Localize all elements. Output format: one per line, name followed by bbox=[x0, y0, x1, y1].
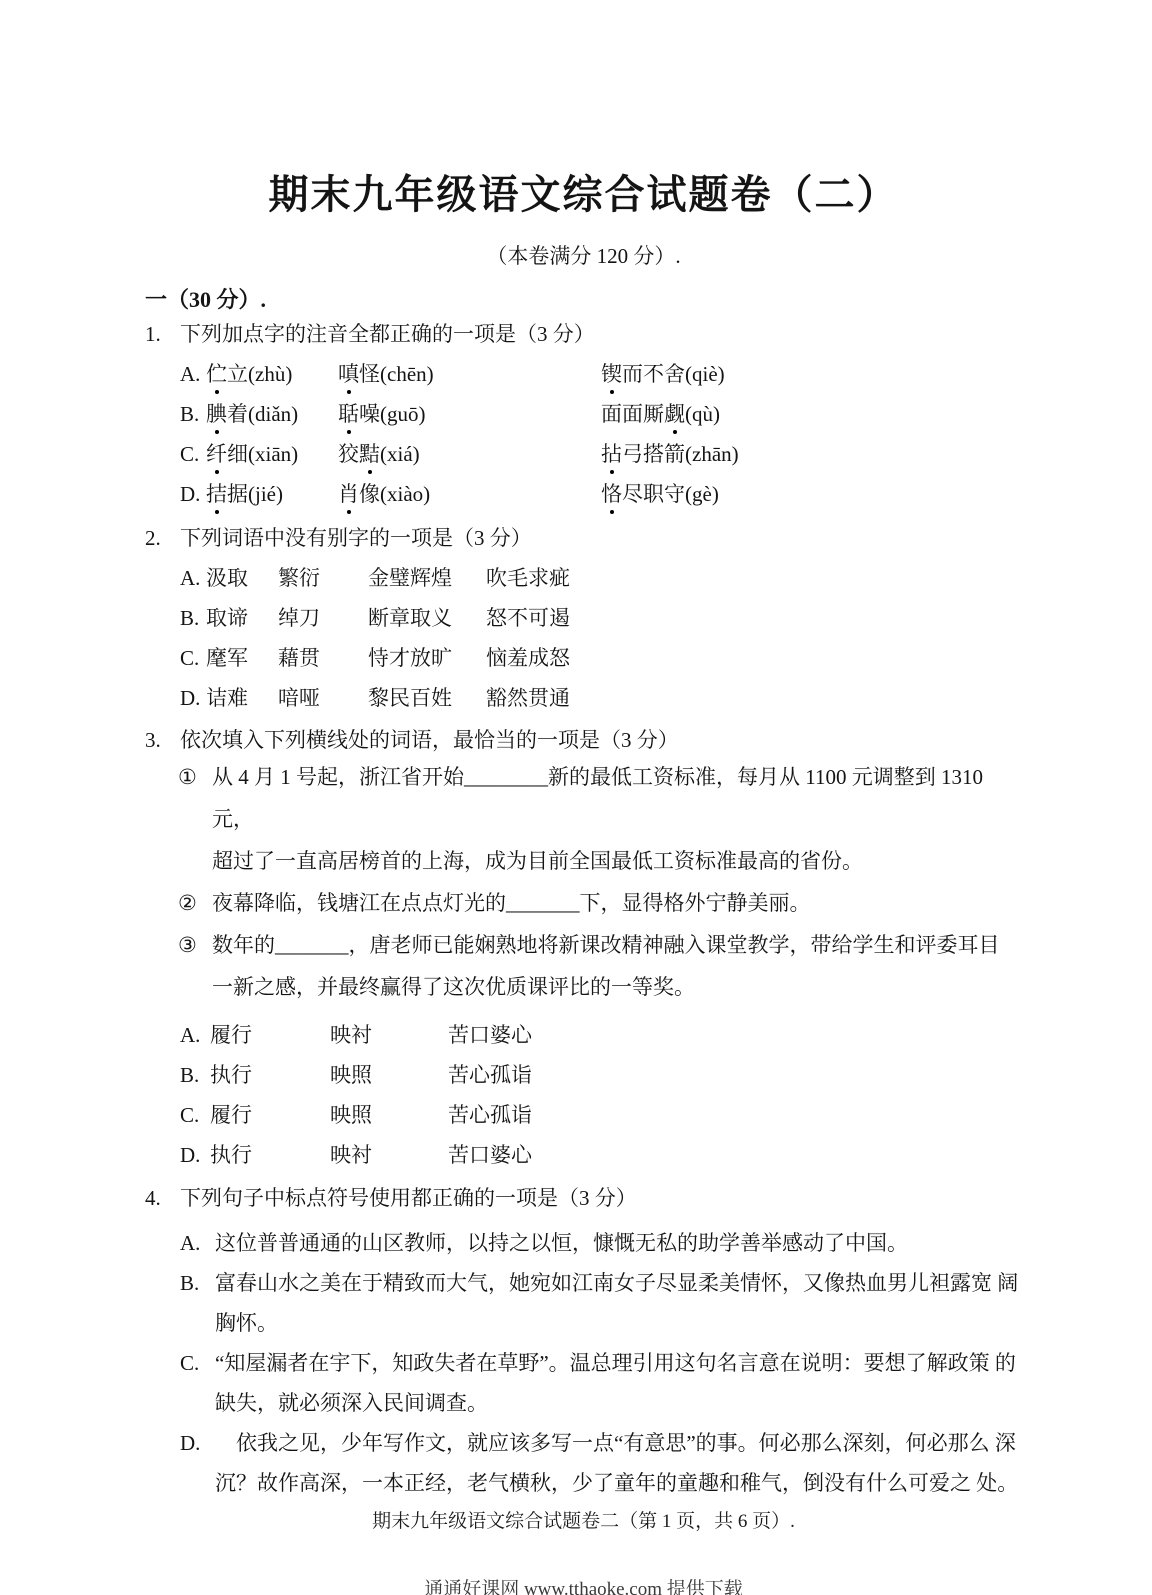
question-4-text: 下列句子中标点符号使用都正确的一项是（3 分） bbox=[180, 1184, 637, 1212]
question-1-prompt: 1. 下列加点字的注音全都正确的一项是（3 分） bbox=[145, 320, 1022, 348]
dotted-char: 肖 bbox=[338, 480, 359, 508]
word: 苦心孤诣 bbox=[448, 1101, 532, 1129]
question-1-number: 1. bbox=[145, 320, 180, 348]
sentence-line: 超过了一直高居榜首的上海，成为目前全国最低工资标准最高的省份。 bbox=[212, 840, 1022, 882]
option-label: D. bbox=[180, 1141, 210, 1169]
dotted-char: 拈 bbox=[601, 440, 622, 468]
q1-option-d: D. 拮据(jié) 肖像(xiào) 恪尽职守(gè) bbox=[180, 480, 1022, 508]
q2-option-c: C. 麾军 藉贯 恃才放旷 恼羞成怒 bbox=[180, 644, 1022, 672]
word: 藉贯 bbox=[278, 644, 368, 672]
question-4-prompt: 4. 下列句子中标点符号使用都正确的一项是（3 分） bbox=[145, 1184, 1022, 1212]
term-post: (xiá) bbox=[380, 442, 420, 466]
term: 聒噪(guō) bbox=[338, 400, 601, 428]
term-post: (qù) bbox=[685, 402, 720, 426]
option-lines: “知屋漏者在宇下，知政失者在草野”。温总理引用这句名言意在说明：要想了解政策 的… bbox=[215, 1343, 1022, 1423]
word: 执行 bbox=[210, 1141, 330, 1169]
q2-option-b: B. 取谛 绰刀 断章取义 怒不可遏 bbox=[180, 604, 1022, 632]
q1-option-c: C. 纤细(xiān) 狡黠(xiá) 拈弓搭箭(zhān) bbox=[180, 440, 1022, 468]
dotted-char: 嗔 bbox=[338, 360, 359, 388]
word: 豁然贯通 bbox=[486, 684, 570, 712]
q3-option-a: A. 履行 映衬 苦口婆心 bbox=[180, 1021, 1022, 1049]
term-post: 像(xiào) bbox=[359, 482, 430, 506]
sentence-line: 一新之感，并最终赢得了这次优质课评比的一等奖。 bbox=[212, 966, 1022, 1008]
option-label: C. bbox=[180, 644, 206, 672]
option-label: A. bbox=[180, 1021, 210, 1049]
word: 恃才放旷 bbox=[368, 644, 486, 672]
q4-option-c: C. “知屋漏者在宇下，知政失者在草野”。温总理引用这句名言意在说明：要想了解政… bbox=[180, 1343, 1022, 1423]
q3-option-c: C. 履行 映照 苦心孤诣 bbox=[180, 1101, 1022, 1129]
term-post: 细(xiān) bbox=[227, 442, 298, 466]
sentence-line: 从 4 月 1 号起，浙江省开始________新的最低工资标准，每月从 110… bbox=[212, 756, 1022, 840]
question-3-number: 3. bbox=[145, 726, 180, 754]
question-3-prompt: 3. 依次填入下列横线处的词语，最恰当的一项是（3 分） bbox=[145, 726, 1022, 754]
dotted-char: 拮 bbox=[206, 480, 227, 508]
page-content: 期末九年级语文综合试题卷（二） （本卷满分 120 分）. 一（30 分）. 1… bbox=[0, 0, 1152, 1595]
dotted-char: 伫 bbox=[206, 360, 227, 388]
circled-number: ① bbox=[178, 756, 212, 882]
q4-option-b: B. 富春山水之美在于精致而大气，她宛如江南女子尽显柔美情怀，又像热血男儿袒露宽… bbox=[180, 1263, 1022, 1343]
sentence-lines: 从 4 月 1 号起，浙江省开始________新的最低工资标准，每月从 110… bbox=[212, 756, 1022, 882]
option-line: 依我之见，少年写作文，就应该多写一点“有意思”的事。何必那么深刻，何必那么 bbox=[215, 1431, 990, 1455]
term: 狡黠(xiá) bbox=[338, 440, 601, 468]
page-footer: 期末九年级语文综合试题卷二（第 1 页，共 6 页）. bbox=[145, 1509, 1022, 1535]
q3-sentence-3: ③ 数年的_______，唐老师已能娴熟地将新课改精神融入课堂教学，带给学生和评… bbox=[178, 924, 1022, 1008]
term-pre: 狡 bbox=[338, 442, 359, 466]
q3-option-d: D. 执行 映衬 苦口婆心 bbox=[180, 1141, 1022, 1169]
word: 黎民百姓 bbox=[368, 684, 486, 712]
option-label: D. bbox=[180, 480, 206, 508]
dotted-char: 黠 bbox=[359, 440, 380, 468]
option-label: B. bbox=[180, 400, 206, 428]
q3-option-b: B. 执行 映照 苦心孤诣 bbox=[180, 1061, 1022, 1089]
q4-option-d: D. 依我之见，少年写作文，就应该多写一点“有意思”的事。何必那么深刻，何必那么… bbox=[180, 1423, 1022, 1503]
term: 锲而不舍(qiè) bbox=[601, 360, 725, 388]
word: 金璧辉煌 bbox=[368, 564, 486, 592]
sentence-lines: 数年的_______，唐老师已能娴熟地将新课改精神融入课堂教学，带给学生和评委耳… bbox=[212, 924, 1022, 1008]
exam-page: 期末九年级语文综合试题卷（二） （本卷满分 120 分）. 一（30 分）. 1… bbox=[0, 0, 1152, 1595]
circled-number: ③ bbox=[178, 924, 212, 1008]
term: 恪尽职守(gè) bbox=[601, 480, 719, 508]
word: 汲取 bbox=[206, 564, 278, 592]
word: 履行 bbox=[210, 1101, 330, 1129]
circled-number: ② bbox=[178, 882, 212, 924]
option-lines: 这位普普通通的山区教师，以持之以恒，慷慨无私的助学善举感动了中国。 bbox=[215, 1223, 1022, 1263]
option-label: A. bbox=[180, 564, 206, 592]
question-2-text: 下列词语中没有别字的一项是（3 分） bbox=[180, 524, 532, 552]
term-post: 怪(chēn) bbox=[359, 362, 434, 386]
option-lines: 依我之见，少年写作文，就应该多写一点“有意思”的事。何必那么深刻，何必那么 深沉… bbox=[215, 1423, 1022, 1503]
dotted-char: 聒 bbox=[338, 400, 359, 428]
site-watermark: 通通好课网 www.tthaoke.com 提供下载 bbox=[145, 1577, 1022, 1595]
dotted-char: 纤 bbox=[206, 440, 227, 468]
sentence-lines: 夜幕降临，钱塘江在点点灯光的_______下，显得格外宁静美丽。 bbox=[212, 882, 1022, 924]
word: 诘难 bbox=[206, 684, 278, 712]
section-one-heading: 一（30 分）. bbox=[145, 286, 1022, 314]
term: 伫立(zhù) bbox=[206, 360, 338, 388]
q4-option-a: A. 这位普普通通的山区教师，以持之以恒，慷慨无私的助学善举感动了中国。 bbox=[180, 1223, 1022, 1263]
option-line: “知屋漏者在宇下，知政失者在草野”。温总理引用这句名言意在说明：要想了解政策 bbox=[215, 1351, 990, 1375]
term-post: 尽职守(gè) bbox=[622, 482, 719, 506]
term-post: 弓搭箭(zhān) bbox=[622, 442, 739, 466]
option-line: 这位普普通通的山区教师，以持之以恒，慷慨无私的助学善举感动了中国。 bbox=[215, 1231, 908, 1255]
page-subtitle: （本卷满分 120 分）. bbox=[145, 242, 1022, 270]
option-label: B. bbox=[180, 1061, 210, 1089]
option-label: C. bbox=[180, 1343, 215, 1423]
term: 腆着(diǎn) bbox=[206, 400, 338, 428]
option-lines: 富春山水之美在于精致而大气，她宛如江南女子尽显柔美情怀，又像热血男儿袒露宽 阔胸… bbox=[215, 1263, 1022, 1343]
term-post: 噪(guō) bbox=[359, 402, 426, 426]
term: 面面厮觑(qù) bbox=[601, 400, 720, 428]
option-label: D. bbox=[180, 1423, 215, 1503]
word: 映照 bbox=[330, 1061, 448, 1089]
dotted-char: 腆 bbox=[206, 400, 227, 428]
word: 吹毛求疵 bbox=[486, 564, 570, 592]
option-line: 处。 bbox=[976, 1471, 1018, 1495]
term-pre: 面面厮 bbox=[601, 402, 664, 426]
term: 纤细(xiān) bbox=[206, 440, 338, 468]
term-post: 而不舍(qiè) bbox=[622, 362, 725, 386]
term-post: 着(diǎn) bbox=[227, 402, 298, 426]
option-label: C. bbox=[180, 1101, 210, 1129]
word: 恼羞成怒 bbox=[486, 644, 570, 672]
term: 拮据(jié) bbox=[206, 480, 338, 508]
q2-option-d: D. 诘难 喑哑 黎民百姓 豁然贯通 bbox=[180, 684, 1022, 712]
option-label: C. bbox=[180, 440, 206, 468]
q3-sentence-1: ① 从 4 月 1 号起，浙江省开始________新的最低工资标准，每月从 1… bbox=[178, 756, 1022, 882]
page-title: 期末九年级语文综合试题卷（二） bbox=[145, 0, 1022, 220]
dotted-char: 觑 bbox=[664, 400, 685, 428]
word: 苦口婆心 bbox=[448, 1021, 532, 1049]
option-label: A. bbox=[180, 360, 206, 388]
question-1-text: 下列加点字的注音全都正确的一项是（3 分） bbox=[180, 320, 595, 348]
word: 苦口婆心 bbox=[448, 1141, 532, 1169]
term-post: 立(zhù) bbox=[227, 362, 292, 386]
word: 履行 bbox=[210, 1021, 330, 1049]
sentence-line: 夜幕降临，钱塘江在点点灯光的_______下，显得格外宁静美丽。 bbox=[212, 882, 1022, 924]
q3-sentence-2: ② 夜幕降临，钱塘江在点点灯光的_______下，显得格外宁静美丽。 bbox=[178, 882, 1022, 924]
question-3-text: 依次填入下列横线处的词语，最恰当的一项是（3 分） bbox=[180, 726, 679, 754]
q1-option-b: B. 腆着(diǎn) 聒噪(guō) 面面厮觑(qù) bbox=[180, 400, 1022, 428]
question-2-number: 2. bbox=[145, 524, 180, 552]
word: 断章取义 bbox=[368, 604, 486, 632]
word: 执行 bbox=[210, 1061, 330, 1089]
term: 嗔怪(chēn) bbox=[338, 360, 601, 388]
word: 苦心孤诣 bbox=[448, 1061, 532, 1089]
option-line: 富春山水之美在于精致而大气，她宛如江南女子尽显柔美情怀，又像热血男儿袒露宽 bbox=[215, 1271, 992, 1295]
option-label: D. bbox=[180, 684, 206, 712]
word: 取谛 bbox=[206, 604, 278, 632]
question-4-number: 4. bbox=[145, 1184, 180, 1212]
q2-option-a: A. 汲取 繁衍 金璧辉煌 吹毛求疵 bbox=[180, 564, 1022, 592]
term: 肖像(xiào) bbox=[338, 480, 601, 508]
dotted-char: 恪 bbox=[601, 480, 622, 508]
sentence-line: 数年的_______，唐老师已能娴熟地将新课改精神融入课堂教学，带给学生和评委耳… bbox=[212, 924, 1022, 966]
word: 喑哑 bbox=[278, 684, 368, 712]
word: 怒不可遏 bbox=[486, 604, 570, 632]
option-label: A. bbox=[180, 1223, 215, 1263]
word: 绰刀 bbox=[278, 604, 368, 632]
q1-option-a: A. 伫立(zhù) 嗔怪(chēn) 锲而不舍(qiè) bbox=[180, 360, 1022, 388]
word: 映衬 bbox=[330, 1141, 448, 1169]
dotted-char: 锲 bbox=[601, 360, 622, 388]
option-label: B. bbox=[180, 1263, 215, 1343]
term-post: 据(jié) bbox=[227, 482, 283, 506]
term: 拈弓搭箭(zhān) bbox=[601, 440, 739, 468]
question-2-prompt: 2. 下列词语中没有别字的一项是（3 分） bbox=[145, 524, 1022, 552]
word: 麾军 bbox=[206, 644, 278, 672]
word: 映衬 bbox=[330, 1021, 448, 1049]
option-label: B. bbox=[180, 604, 206, 632]
word: 繁衍 bbox=[278, 564, 368, 592]
word: 映照 bbox=[330, 1101, 448, 1129]
